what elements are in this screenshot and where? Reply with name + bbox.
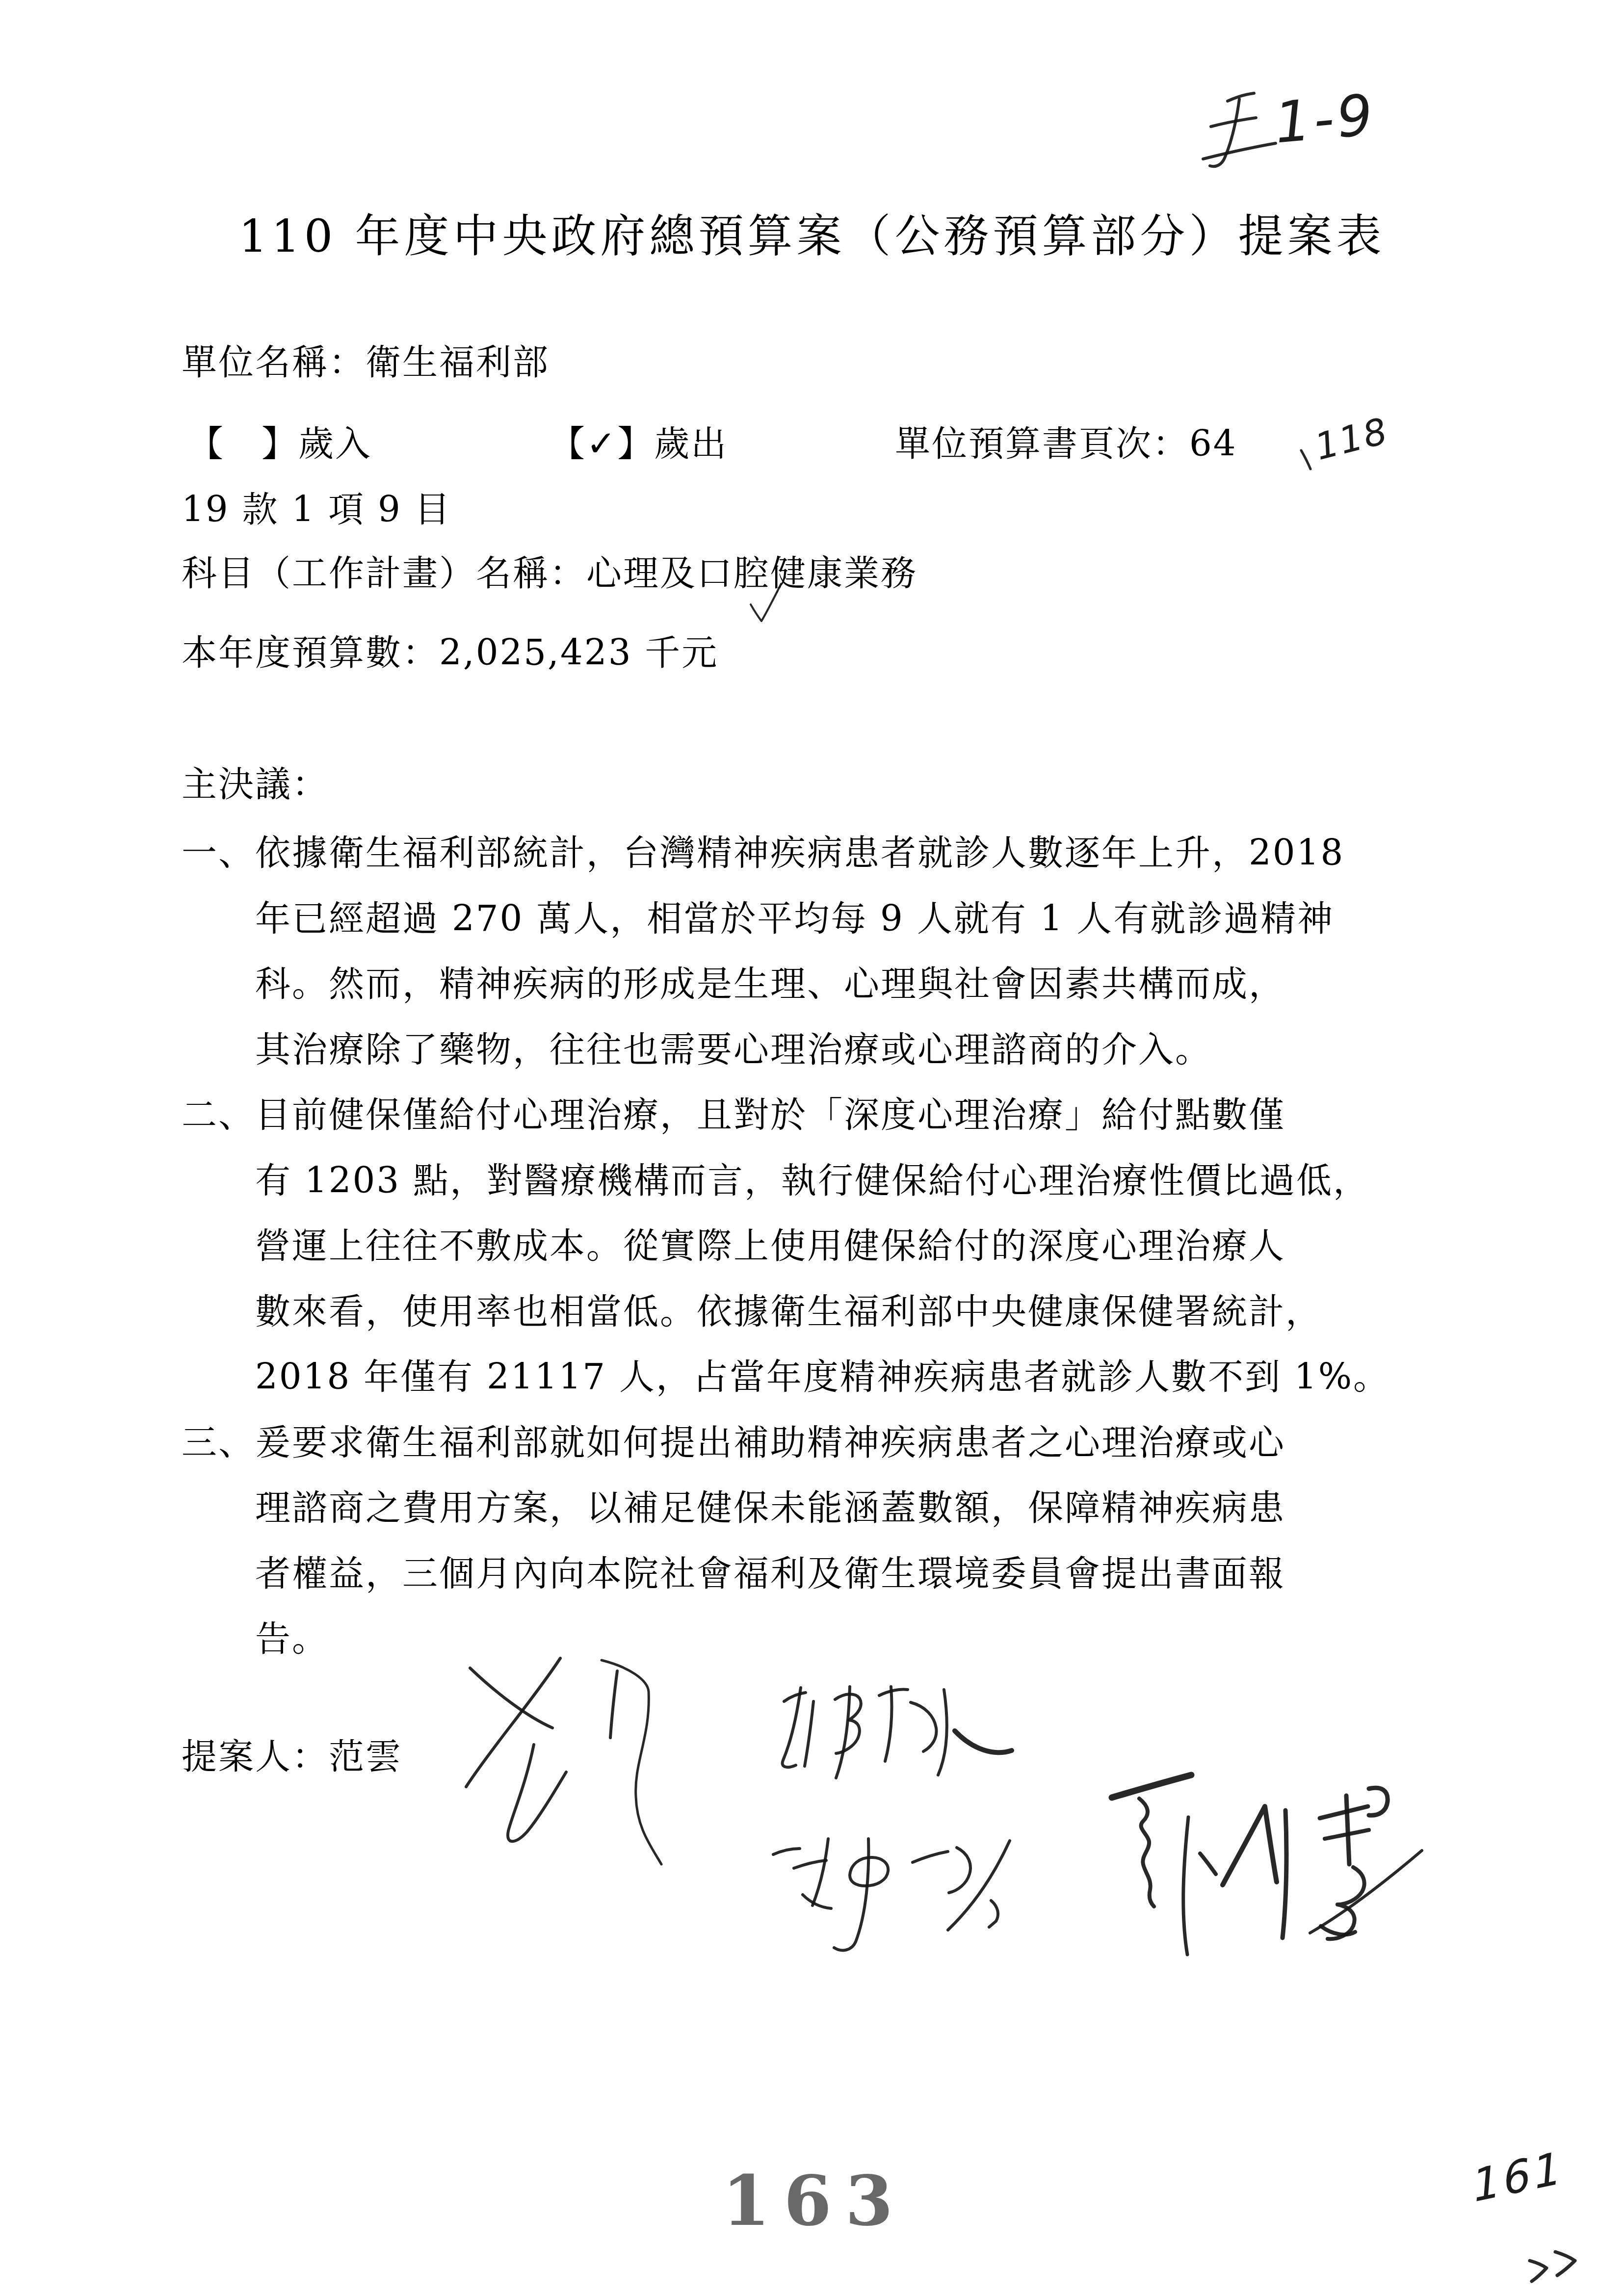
resolution-heading: 主決議： [182,756,329,807]
resolution-line: 營運上往往不敷成本。從實際上使用健保給付的深度心理治療人 [255,1217,1285,1268]
budget-book-page-field: 單位預算書頁次：64 [895,415,1237,466]
handwritten-signature-2 [783,1687,1012,1778]
page-container: 110 年度中央政府總預算案（公務預算部分）提案表 1-9 單位名稱：衛生福利部… [0,0,1624,2296]
subject-field: 科目（工作計畫）名稱：心理及口腔健康業務 [182,545,917,596]
page-number-stamp: 163 [722,2161,907,2242]
proposer-label: 提案人：范雲 [182,1728,402,1779]
current-year-budget-field: 本年度預算數：2,025,423 千元 [182,624,718,675]
handwritten-signature-3 [773,1839,1010,1950]
resolution-line: 二、目前健保僅給付心理治療，且對於「深度心理治療」給付點數僅 [182,1086,1285,1137]
expenditure-checkbox: 【✓】歲出 [550,415,728,466]
resolution-line: 有 1203 點，對醫療機構而言，執行健保給付心理治療性價比過低， [255,1152,1370,1203]
resolution-line: 告。 [255,1610,329,1661]
resolution-line: 三、爰要求衛生福利部就如何提出補助精神疾病患者之心理治療或心 [182,1414,1285,1465]
handwritten-page-ref-number: 118 [1311,410,1393,469]
resolution-line: 者權益，三個月內向本院社會福利及衛生環境委員會提出書面報 [255,1545,1285,1596]
handwritten-tick-icon [1301,450,1310,469]
resolution-line: 科。然而，精神疾病的形成是生理、心理與社會因素共構而成， [255,955,1285,1006]
resolution-line: 年已經超過 270 萬人，相當於平均每 9 人就有 1 人有就診過精神 [255,890,1334,941]
resolution-line: 其治療除了藥物，往往也需要心理治療或心理諮商的介入。 [255,1021,1212,1072]
handwritten-zhu-icon [1203,93,1276,166]
handwritten-signature-4 [1112,1775,1422,1955]
resolution-line: 2018 年僅有 21117 人，占當年度精神疾病患者就診人數不到 1%。 [255,1348,1390,1399]
revenue-checkbox: 【 】歲入 [188,415,372,466]
resolution-line: 數來看，使用率也相當低。依據衛生福利部中央健康保健署統計， [255,1283,1322,1334]
handwritten-code-suffix: 1-9 [1272,82,1379,156]
handwritten-number-161: 161 [1470,2141,1567,2212]
document-title: 110 年度中央政府總預算案（公務預算部分）提案表 [0,200,1624,265]
budget-classification-field: 19 款 1 項 9 目 [182,481,451,532]
handwritten-signature-1 [466,1658,661,1864]
unit-name-field: 單位名稱：衛生福利部 [182,334,550,385]
handwritten-mark-22-icon [1530,2252,1575,2281]
resolution-line: 理諮商之費用方案，以補足健保未能涵蓋數額，保障精神疾病患 [255,1479,1285,1530]
resolution-line: 一、依據衛生福利部統計，台灣精神疾病患者就診人數逐年上升，2018 [182,824,1344,875]
